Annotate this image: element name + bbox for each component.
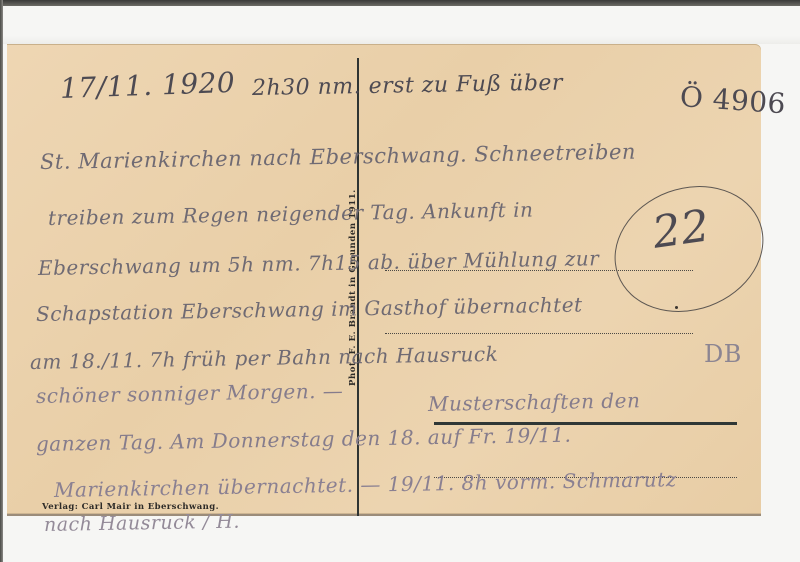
circled-number: 22 (649, 200, 713, 258)
ink-dot (675, 306, 678, 309)
publisher-imprint: Verlag: Carl Mair in Eberschwang. (42, 502, 219, 512)
sleeve-edge (3, 36, 800, 44)
initials: DB (704, 340, 742, 368)
handwritten-line-7-right: Musterschaften den (428, 388, 641, 416)
handwritten-line-10: nach Hausruck / H. (44, 511, 240, 536)
handwritten-date: 17/11. 1920 (59, 66, 235, 105)
address-line-2 (385, 333, 693, 334)
